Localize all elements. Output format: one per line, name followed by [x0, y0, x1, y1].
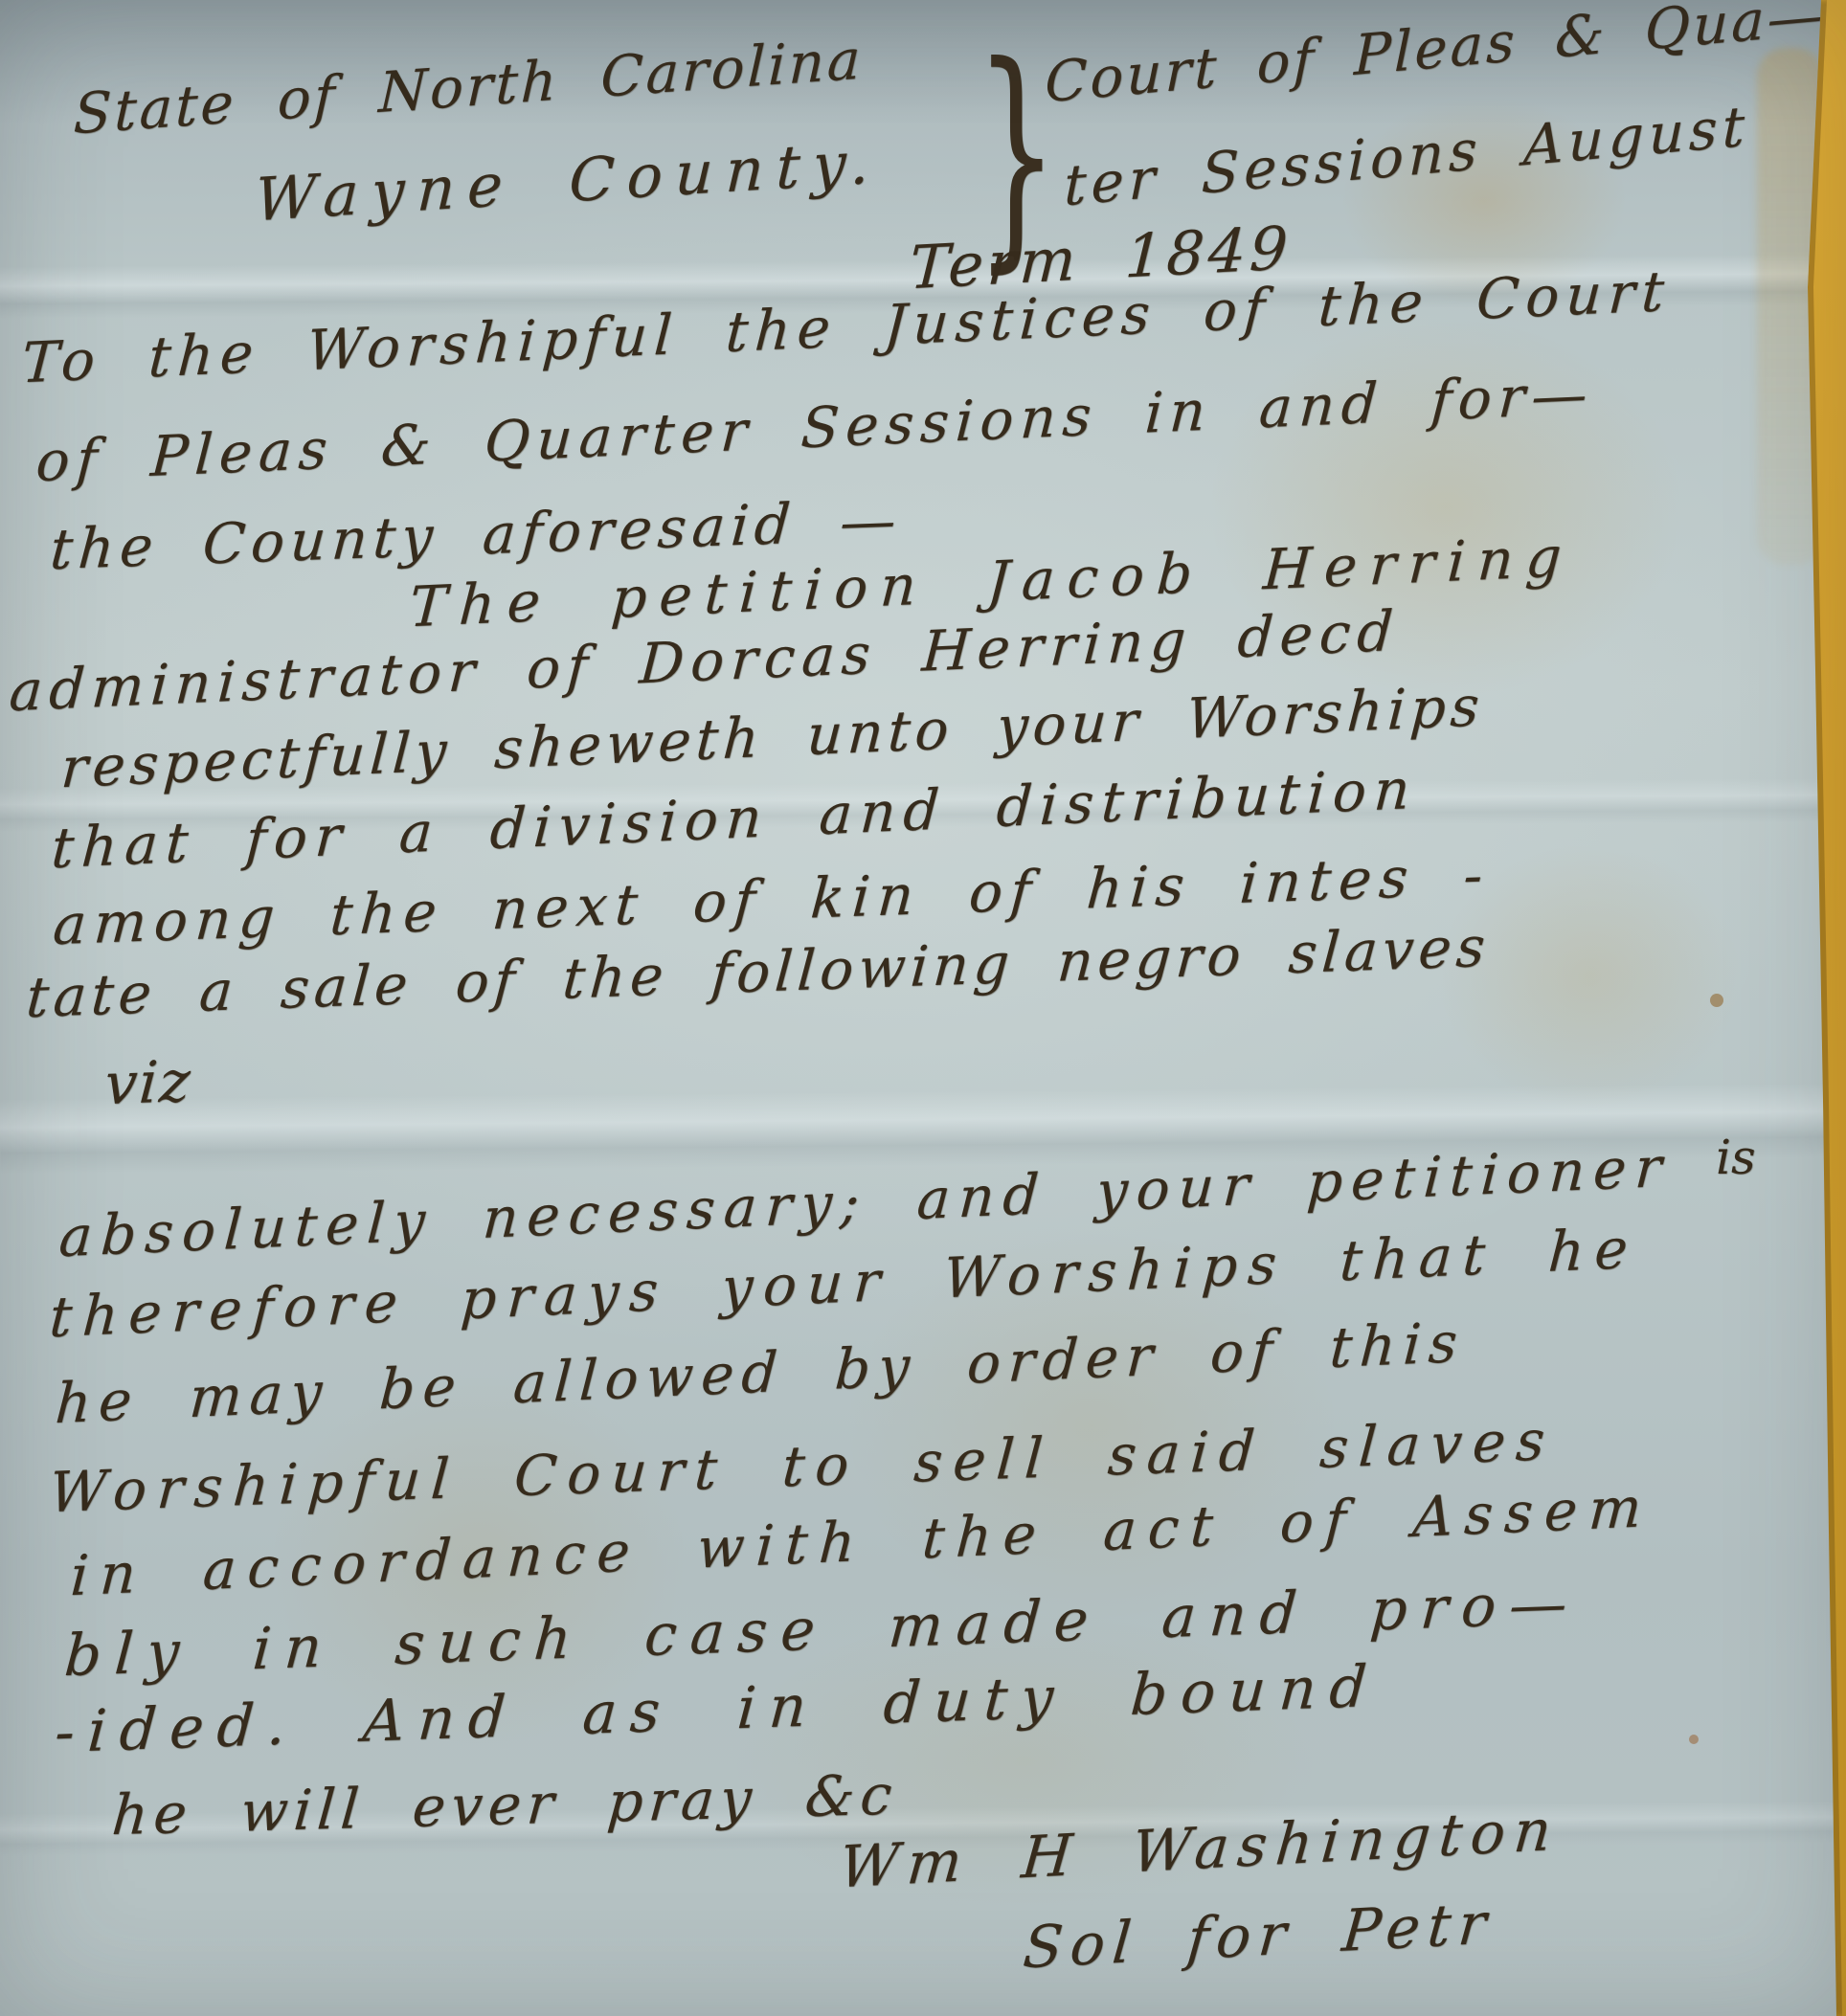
foxing-dot	[1710, 994, 1723, 1007]
signature-line: Wm H Washington	[837, 1797, 1563, 1902]
foxing-dot	[1689, 1735, 1699, 1744]
signer-role-line: Sol for Petr	[1021, 1890, 1497, 1982]
handwriting-word-is: is	[1716, 1130, 1756, 1185]
handwriting-line-county: Wayne County.	[254, 126, 884, 235]
handwriting-line-viz: viz	[102, 1048, 194, 1118]
petition-photo: { "photo": { "background_color": "#d7a22…	[0, 0, 1846, 2016]
paper-sheet: } State of North Carolina Court of Pleas…	[0, 0, 1846, 2016]
handwriting-line-pray: he will ever pray &c	[110, 1762, 900, 1848]
